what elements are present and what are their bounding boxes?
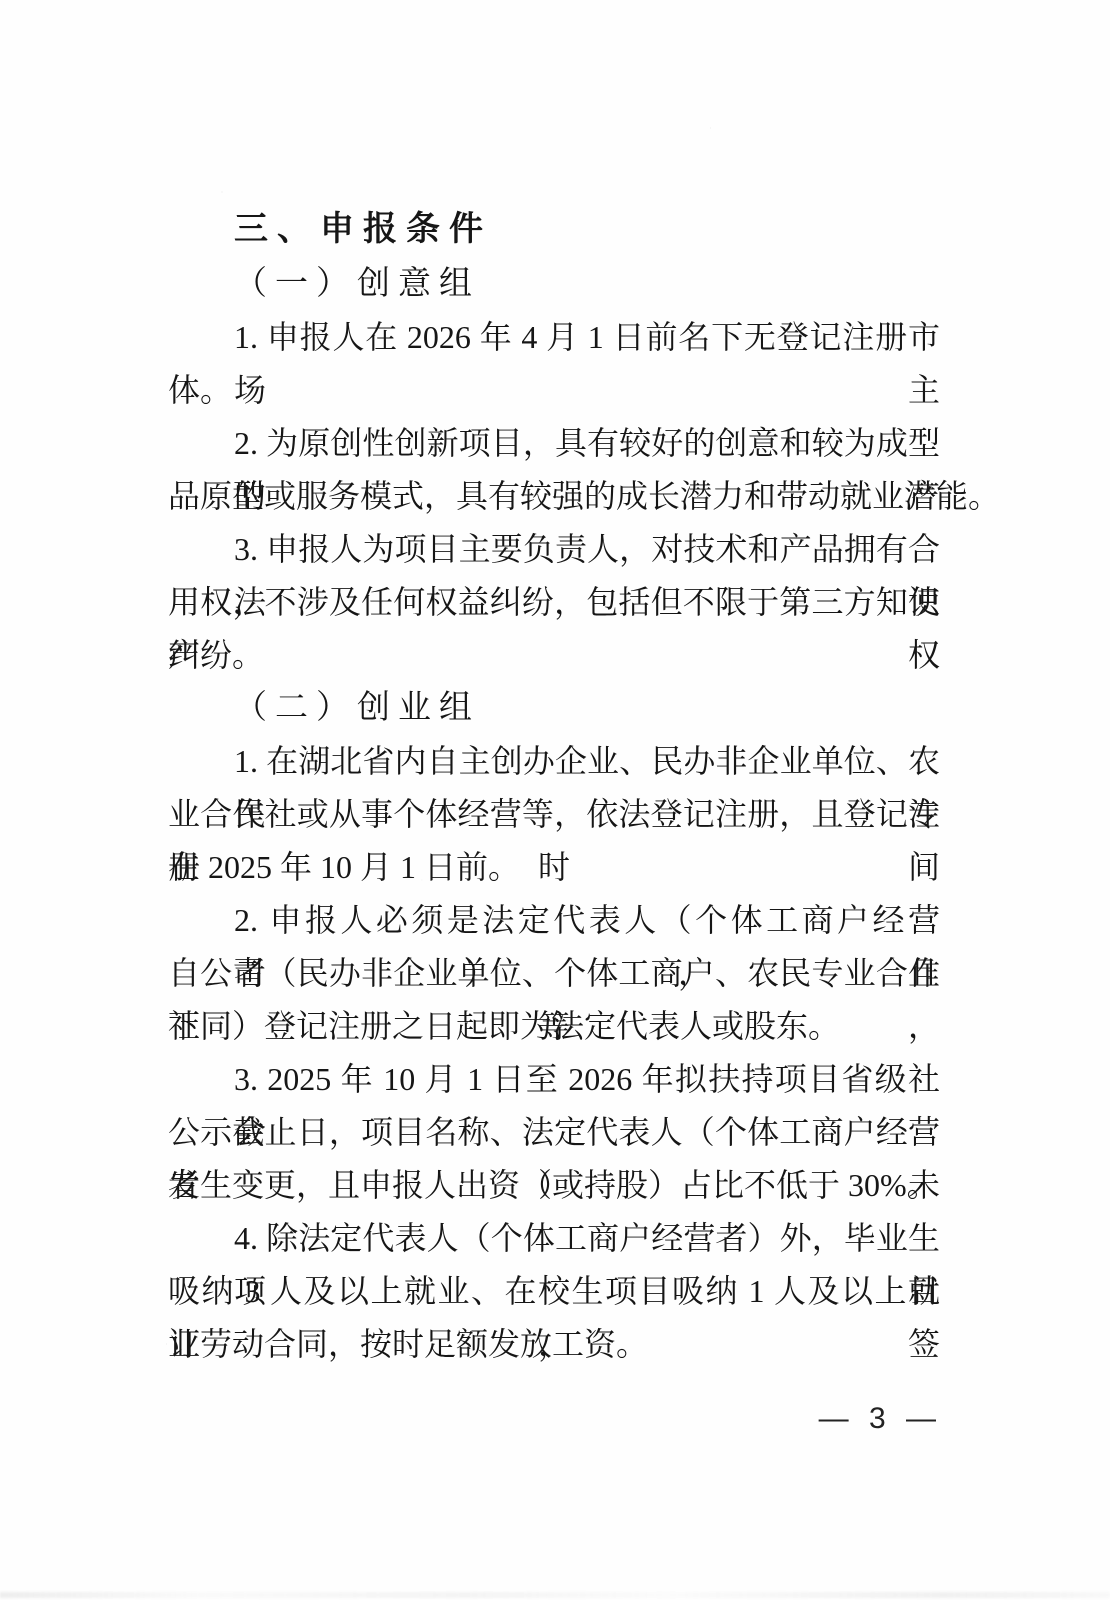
- page-number: — 3 —: [819, 1402, 942, 1436]
- document-page: 三、申报条件 （一）创意组 1. 申报人在 2026 年 4 月 1 日前名下无…: [0, 0, 1110, 1600]
- doc-line: 3. 申报人为项目主要负责人，对技术和产品拥有合法使: [168, 523, 940, 576]
- doc-line: 1. 在湖北省内自主创办企业、民办非企业单位、农民专: [168, 735, 940, 788]
- doc-line: 1. 申报人在 2026 年 4 月 1 日前名下无登记注册市场主: [168, 311, 940, 364]
- document-body: 三、申报条件 （一）创意组 1. 申报人在 2026 年 4 月 1 日前名下无…: [168, 200, 940, 1371]
- scan-smudge-artifact: [0, 1592, 1110, 1598]
- doc-line: 发生变更，且申报人出资（或持股）占比不低于 30%。: [168, 1159, 940, 1212]
- doc-line: 4. 除法定代表人（个体工商户经营者）外，毕业生项目: [168, 1212, 940, 1265]
- doc-line: 用权，不涉及任何权益纠纷，包括但不限于第三方知识产权: [168, 576, 940, 629]
- doc-line: 2. 为原创性创新项目，具有较好的创意和较为成型的产: [168, 417, 940, 470]
- subsection-heading-startup-group: （二）创业组: [168, 682, 940, 735]
- doc-line: 3. 2025 年 10 月 1 日至 2026 年拟扶持项目省级社会: [168, 1053, 940, 1106]
- doc-line: 品原型或服务模式，具有较强的成长潜力和带动就业潜能。: [168, 470, 940, 523]
- doc-line: 2. 申报人必须是法定代表人（个体工商户经营者），且: [168, 894, 940, 947]
- doc-line: 自公司（民办非企业单位、个体工商户、农民专业合作社等，: [168, 947, 940, 1000]
- subsection-heading-creative-group: （一）创意组: [168, 258, 940, 311]
- doc-line: 下同）登记注册之日起即为法定代表人或股东。: [168, 1000, 940, 1053]
- doc-line: 业合作社或从事个体经营等，依法登记注册，且登记注册时间: [168, 788, 940, 841]
- doc-line: 吸纳 3 人及以上就业、在校生项目吸纳 1 人及以上就业，签: [168, 1265, 940, 1318]
- section-heading: 三、申报条件: [168, 200, 940, 258]
- doc-line: 公示截止日，项目名称、法定代表人（个体工商户经营者）未: [168, 1106, 940, 1159]
